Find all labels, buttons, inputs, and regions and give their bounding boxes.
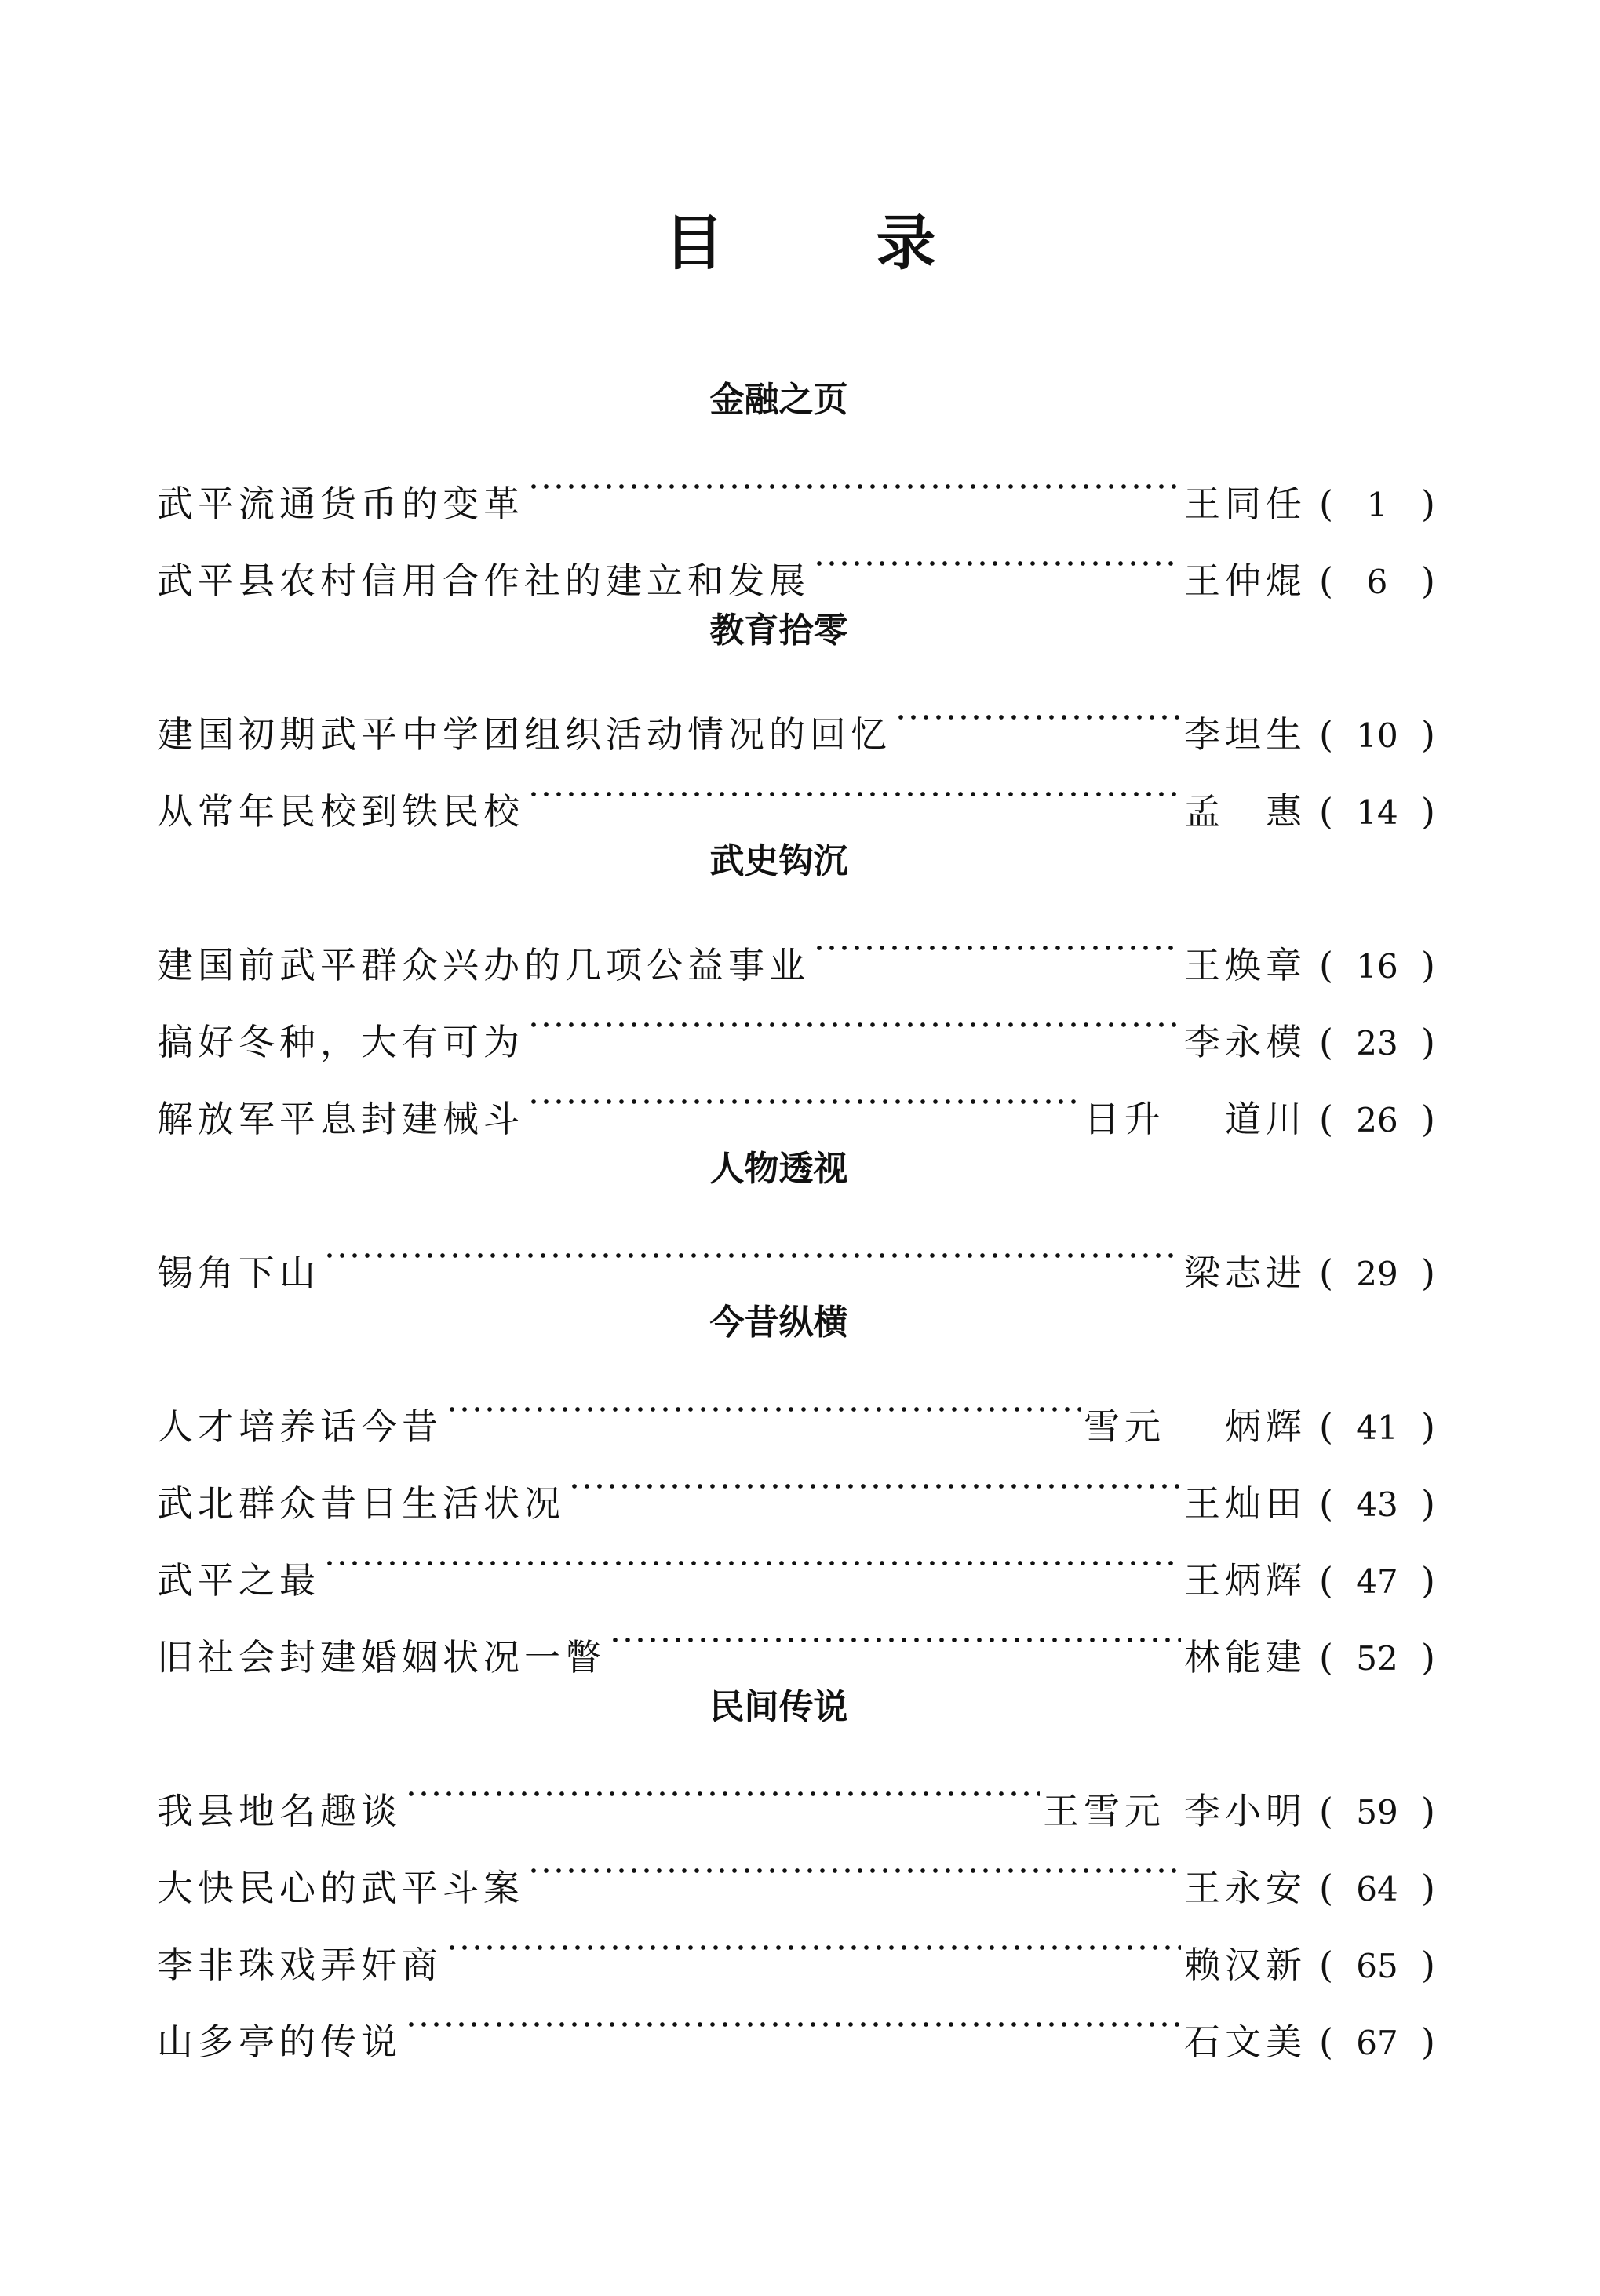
dot-leader — [810, 901, 1184, 978]
table-of-contents: 金融之页 武平流通货币的变革 王同任 (1) 武平县农村信用合作社的建立和发展 … — [157, 377, 1444, 2054]
entry-author: 梁志进 — [1184, 1234, 1307, 1311]
dot-leader — [524, 439, 1184, 516]
dot-leader — [524, 747, 1184, 824]
entry-author: 石文美 — [1184, 2003, 1307, 2080]
toc-section-education: 教育拾零 建国初期武平中学团组织活动情况的回忆 李坦生 (10) 从常年民校到铁… — [157, 607, 1444, 824]
entry-page: (26) — [1307, 1081, 1444, 1159]
page-number: 67 — [1342, 2005, 1412, 2082]
toc-section-finance: 金融之页 武平流通货币的变革 王同任 (1) 武平县农村信用合作社的建立和发展 … — [157, 377, 1444, 593]
page-number: 16 — [1342, 928, 1412, 1005]
entry-page: (16) — [1307, 927, 1444, 1005]
entry-author: 李坦生 — [1184, 696, 1307, 773]
page-number: 52 — [1342, 1620, 1412, 1697]
entry-author: 王灿田 — [1184, 1465, 1307, 1542]
dot-leader — [402, 1747, 1043, 1824]
page-number: 14 — [1342, 774, 1412, 851]
entry-page: (10) — [1307, 696, 1444, 774]
entry-author-1: 日升 — [1084, 1081, 1225, 1157]
entry-author: 孟 惠 — [1184, 773, 1307, 850]
page-number: 43 — [1342, 1467, 1412, 1543]
entry-title: 旧社会封建婚姻状况一瞥 — [157, 1619, 606, 1696]
entry-page: (65) — [1307, 1926, 1444, 2005]
entry-author: 王炳辉 — [1184, 1542, 1307, 1619]
entry-page: (14) — [1307, 773, 1444, 851]
dot-leader — [524, 1055, 1084, 1132]
entry-author: 王同任 — [1184, 465, 1307, 542]
entry-author: 李永模 — [1184, 1004, 1307, 1081]
dot-leader — [402, 1977, 1184, 2054]
dot-leader — [524, 1824, 1184, 1901]
section-heading: 金融之页 — [157, 377, 1444, 424]
entry-page: (41) — [1307, 1388, 1444, 1467]
page-number: 26 — [1342, 1082, 1412, 1159]
dot-leader — [320, 1516, 1184, 1593]
page-number: 47 — [1342, 1543, 1412, 1620]
entry-page: (1) — [1307, 465, 1444, 544]
entry-author: 王焕章 — [1184, 927, 1307, 1004]
entry-author: 王永安 — [1184, 1850, 1307, 1926]
page-number: 23 — [1342, 1005, 1412, 1082]
entry-page: (64) — [1307, 1850, 1444, 1928]
dot-leader — [891, 670, 1184, 747]
entry-title: 人才培养话今昔 — [157, 1388, 443, 1465]
toc-section-people: 人物透视 锡角下山 梁志进 (29) — [157, 1146, 1444, 1285]
toc-entry[interactable]: 锡角下山 梁志进 (29) — [157, 1208, 1444, 1285]
page-number: 59 — [1342, 1774, 1412, 1851]
toc-entry[interactable]: 建国初期武平中学团组织活动情况的回忆 李坦生 (10) — [157, 670, 1444, 747]
dot-leader — [810, 516, 1184, 593]
dot-leader — [524, 978, 1184, 1055]
page-number: 64 — [1342, 1851, 1412, 1928]
page-title-char-2: 录 — [875, 208, 938, 279]
dot-leader — [606, 1593, 1184, 1670]
entry-title: 我县地名趣谈 — [157, 1773, 402, 1850]
dot-leader — [320, 1208, 1184, 1285]
entry-author: 林能建 — [1184, 1619, 1307, 1696]
page-number: 29 — [1342, 1236, 1412, 1313]
entry-author-2: 李小明 — [1184, 1773, 1307, 1850]
entry-page: (59) — [1307, 1773, 1444, 1851]
entry-author-2: 道川 — [1225, 1081, 1307, 1157]
toc-page: 目录 金融之页 武平流通货币的变革 王同任 (1) 武平县农村信用合作社的建立和… — [0, 0, 1600, 2296]
entry-page: (43) — [1307, 1465, 1444, 1543]
entry-page: (6) — [1307, 542, 1444, 621]
page-title-char-1: 目 — [663, 208, 726, 279]
toc-entry[interactable]: 我县地名趣谈 王雪元李小明 (59) — [157, 1747, 1444, 1824]
entry-page: (29) — [1307, 1234, 1444, 1313]
entry-page: (23) — [1307, 1004, 1444, 1082]
page-number: 6 — [1342, 544, 1412, 621]
entry-title: 武平之最 — [157, 1542, 320, 1619]
toc-section-history: 武史钩沉 建国前武平群众兴办的几项公益事业 王焕章 (16) 搞好冬种，大有可为… — [157, 838, 1444, 1132]
entry-authors: 日升道川 — [1084, 1081, 1307, 1157]
entry-title: 解放军平息封建械斗 — [157, 1081, 524, 1157]
entry-page: (67) — [1307, 2003, 1444, 2082]
dot-leader — [443, 1362, 1084, 1439]
entry-title: 山多亭的传说 — [157, 2003, 402, 2080]
dot-leader — [565, 1439, 1184, 1516]
entry-title: 武平流通货币的变革 — [157, 465, 524, 542]
entry-title: 搞好冬种，大有可为 — [157, 1004, 524, 1081]
entry-page: (52) — [1307, 1619, 1444, 1697]
entry-author: 王仲焜 — [1184, 542, 1307, 619]
toc-entry[interactable]: 武平流通货币的变革 王同任 (1) — [157, 439, 1444, 516]
toc-section-past-present: 今昔纵横 人才培养话今昔 雪元炳辉 (41) 武北群众昔日生活状况 王灿田 (4… — [157, 1299, 1444, 1670]
page-number: 41 — [1342, 1390, 1412, 1467]
entry-author-2: 炳辉 — [1225, 1388, 1307, 1465]
entry-title: 从常年民校到铁民校 — [157, 773, 524, 850]
page-number: 10 — [1342, 698, 1412, 774]
entry-title: 李非珠戏弄奸商 — [157, 1926, 443, 2003]
dot-leader — [443, 1901, 1184, 1977]
toc-entry[interactable]: 人才培养话今昔 雪元炳辉 (41) — [157, 1362, 1444, 1439]
entry-author: 赖汉新 — [1184, 1926, 1307, 2003]
toc-entry[interactable]: 建国前武平群众兴办的几项公益事业 王焕章 (16) — [157, 901, 1444, 978]
page-number: 65 — [1342, 1928, 1412, 2005]
entry-page: (47) — [1307, 1542, 1444, 1620]
page-title: 目录 — [0, 208, 1600, 279]
entry-title: 锡角下山 — [157, 1234, 320, 1311]
toc-section-folk-legends: 民间传说 我县地名趣谈 王雪元李小明 (59) 大快民心的武平斗案 王永安 (6… — [157, 1684, 1444, 2054]
page-number: 1 — [1342, 467, 1412, 544]
